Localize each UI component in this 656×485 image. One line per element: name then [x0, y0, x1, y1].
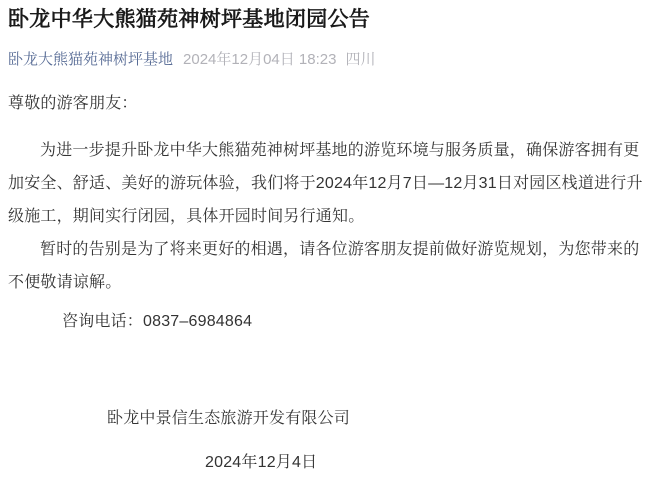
company-signature: 卧龙中景信生态旅游开发有限公司 [8, 402, 648, 435]
greeting-line: 尊敬的游客朋友： [8, 87, 648, 120]
paragraph-apology: 暂时的告别是为了将来更好的相遇，请各位游客朋友提前做好游览规划，为您带来的不便敬… [8, 233, 648, 299]
contact-phone-line: 咨询电话：0837–6984864 [8, 305, 648, 338]
source-account-link[interactable]: 卧龙大熊猫苑神树坪基地 [8, 51, 173, 68]
publish-location: 四川 [345, 51, 375, 68]
article-body: 尊敬的游客朋友： 为进一步提升卧龙中华大熊猫苑神树坪基地的游览环境与服务质量，确… [8, 87, 648, 479]
paragraph-closure-notice: 为进一步提升卧龙中华大熊猫苑神树坪基地的游览环境与服务质量，确保游客拥有更加安全… [8, 134, 648, 233]
article-meta: 卧龙大熊猫苑神树坪基地2024年12月04日 18:23四川 [8, 50, 648, 70]
publish-datetime: 2024年12月04日 18:23 [183, 51, 336, 68]
article-page: 卧龙中华大熊猫苑神树坪基地闭园公告 卧龙大熊猫苑神树坪基地2024年12月04日… [0, 0, 656, 485]
signature-date: 2024年12月4日 [8, 446, 648, 479]
page-title: 卧龙中华大熊猫苑神树坪基地闭园公告 [8, 6, 648, 34]
announcement-article: 卧龙中华大熊猫苑神树坪基地闭园公告 卧龙大熊猫苑神树坪基地2024年12月04日… [0, 0, 656, 479]
